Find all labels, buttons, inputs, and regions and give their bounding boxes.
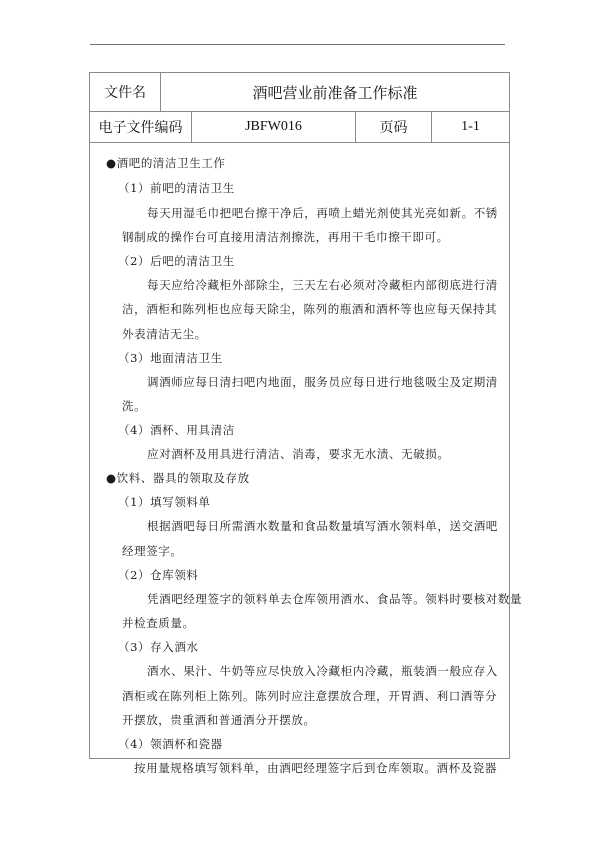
subsection-heading: （4）领酒杯和瓷器: [118, 736, 223, 752]
section-heading: ●饮料、器具的领取及存放: [106, 470, 250, 486]
paragraph-line: 调酒师应每日清扫吧内地面，服务员应每日进行地毯吸尘及定期清: [147, 374, 498, 390]
subsection-heading: （2）后吧的清洁卫生: [118, 253, 235, 269]
title-row: 文件名 酒吧营业前准备工作标准: [90, 73, 509, 112]
subsection-heading: （1）前吧的清洁卫生: [118, 180, 235, 196]
paragraph-line: 酒水、果汁、牛奶等应尽快放入冷藏柜内冷藏，瓶装酒一般应存入: [147, 663, 498, 679]
file-name-label: 文件名: [90, 73, 161, 111]
paragraph-line: 开摆放，贵重酒和普通酒分开摆放。: [122, 712, 316, 728]
paragraph-line: 凭酒吧经理签字的领料单去仓库领用酒水、食品等。领料时要核对数量: [147, 591, 522, 607]
document-title: 酒吧营业前准备工作标准: [161, 73, 509, 111]
paragraph-line: 洗。: [122, 398, 146, 414]
document-table: 文件名 酒吧营业前准备工作标准 电子文件编码 JBFW016 页码 1-1 ●酒…: [89, 72, 510, 759]
page-value-text: 1-1: [461, 119, 480, 135]
subsection-heading: （4）酒杯、用具清洁: [118, 422, 235, 438]
subsection-heading: （1）填写领料单: [118, 494, 211, 510]
page-value: 1-1: [432, 112, 509, 142]
code-row: 电子文件编码 JBFW016 页码 1-1: [90, 112, 509, 143]
subsection-heading: （3）地面清洁卫生: [118, 350, 223, 366]
document-body: ●酒吧的清洁卫生工作（1）前吧的清洁卫生每天用湿毛巾把吧台擦干净后，再喷上蜡光剂…: [90, 143, 509, 758]
subsection-heading: （3）存入酒水: [118, 639, 199, 655]
paragraph-line: 按用量规格填写领料单，由酒吧经理签字后到仓库领取。酒杯及瓷器: [134, 760, 497, 776]
paragraph-line: 外表清洁无尘。: [122, 326, 207, 342]
header-rule: [90, 44, 505, 45]
paragraph-line: 并检查质量。: [122, 615, 195, 631]
paragraph-line: 酒柜或在陈列柜上陈列。陈列时应注意摆放合理，开胃酒、利口酒等分: [122, 688, 497, 704]
paragraph-line: 根据酒吧每日所需酒水数量和食品数量填写酒水领料单，送交酒吧: [147, 518, 498, 534]
paragraph-line: 每天用湿毛巾把吧台擦干净后，再喷上蜡光剂使其光亮如新。不锈: [147, 205, 498, 221]
paragraph-line: 应对酒杯及用具进行清洁、消毒，要求无水渍、无破损。: [147, 446, 450, 462]
code-label: 电子文件编码: [90, 112, 192, 142]
code-value-text: JBFW016: [245, 119, 302, 135]
paragraph-line: 每天应给冷藏柜外部除尘，三天左右必须对冷藏柜内部彻底进行清: [147, 277, 498, 293]
paragraph-line: 钢制成的操作台可直接用清洁剂擦洗，再用干毛巾擦干即可。: [122, 229, 449, 245]
subsection-heading: （2）仓库领料: [118, 567, 199, 583]
code-value: JBFW016: [192, 112, 356, 142]
paragraph-line: 洁，酒柜和陈列柜也应每天除尘，陈列的瓶酒和酒杯等也应每天保持其: [122, 301, 497, 317]
paragraph-line: 经理签字。: [122, 543, 183, 559]
section-heading: ●酒吧的清洁卫生工作: [106, 155, 226, 171]
page-label: 页码: [356, 112, 432, 142]
